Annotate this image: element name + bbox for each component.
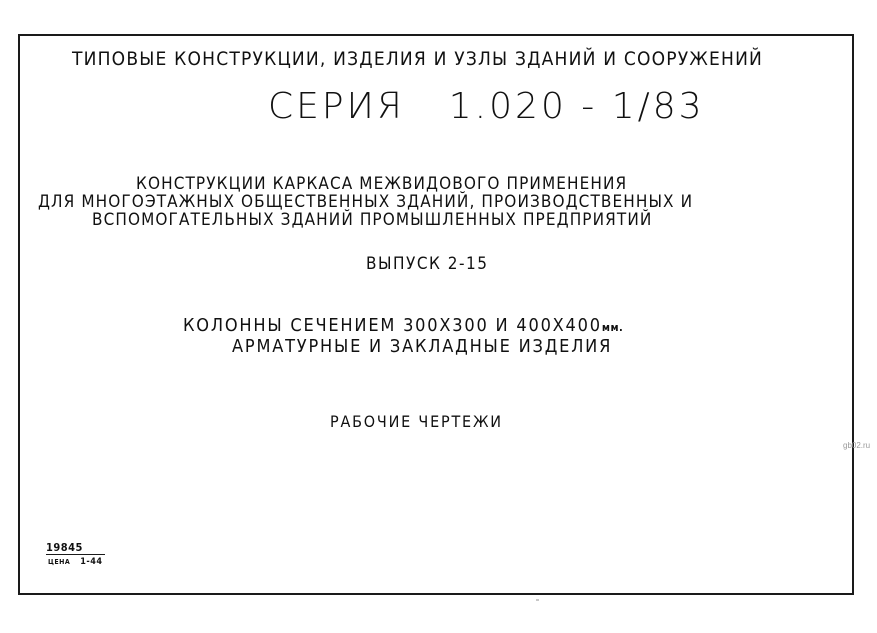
price-label: ЦЕНА [48,558,70,566]
scan-mark [536,599,539,601]
subject-line-2: АРМАТУРНЫЕ И ЗАКЛАДНЫЕ ИЗДЕЛИЯ [232,336,612,357]
series-designation: СЕРИЯ1.020 - 1/83 [268,86,705,127]
subject-text: КОЛОННЫ СЕЧЕНИЕМ 300Х300 И 400Х400 [183,315,602,336]
document-type: РАБОЧИЕ ЧЕРТЕЖИ [330,412,503,431]
catalog-number: 19845 [46,542,105,555]
title-line-1: КОНСТРУКЦИИ КАРКАСА МЕЖВИДОВОГО ПРИМЕНЕН… [136,174,627,194]
subject-line-1: КОЛОННЫ СЕЧЕНИЕМ 300Х300 И 400Х400мм. [183,315,623,336]
issue-number: ВЫПУСК 2-15 [366,254,488,274]
series-number: 1.020 - 1/83 [449,86,705,127]
title-line-2: ДЛЯ МНОГОЭТАЖНЫХ ОБЩЕСТВЕННЫХ ЗДАНИЙ, ПР… [38,192,693,212]
series-header: ТИПОВЫЕ КОНСТРУКЦИИ, ИЗДЕЛИЯ И УЗЛЫ ЗДАН… [72,48,763,70]
title-line-3: ВСПОМОГАТЕЛЬНЫХ ЗДАНИЙ ПРОМЫШЛЕННЫХ ПРЕД… [92,210,652,230]
price-value: 1-44 [80,557,102,567]
price-block: ЦЕНА1-44 [48,557,103,567]
watermark: gb02.ru [843,441,870,450]
subject-unit: мм. [602,321,623,334]
series-label: СЕРИЯ [268,86,405,127]
